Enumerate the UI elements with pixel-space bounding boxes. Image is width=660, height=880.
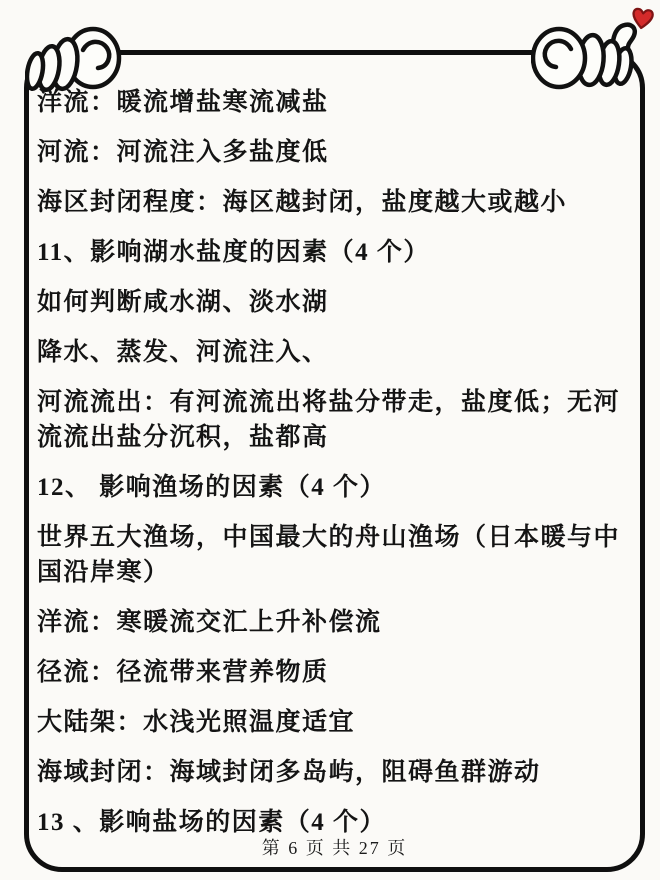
note-paragraph: 世界五大渔场，中国最大的舟山渔场（日本暖与中 国沿岸寒） bbox=[37, 520, 629, 590]
note-paragraph: 13 、影响盐场的因素（4 个） bbox=[37, 805, 629, 840]
note-paragraph: 洋流：暖流增盐寒流减盐 bbox=[37, 85, 629, 120]
note-paragraph: 如何判断咸水湖、淡水湖 bbox=[37, 285, 629, 320]
note-paragraph: 径流：径流带来营养物质 bbox=[37, 655, 629, 690]
note-paragraph: 海区封闭程度：海区越封闭，盐度越大或越小 bbox=[37, 185, 629, 220]
note-paragraph: 河流流出：有河流流出将盐分带走，盐度低；无河 流流出盐分沉积，盐都高 bbox=[37, 385, 629, 455]
note-paragraph: 11、影响湖水盐度的因素（4 个） bbox=[37, 235, 629, 270]
note-paragraph: 大陆架：水浅光照温度适宜 bbox=[37, 705, 629, 740]
note-paragraph: 降水、蒸发、河流注入、 bbox=[37, 335, 629, 370]
note-paragraph: 海域封闭：海域封闭多岛屿，阻碍鱼群游动 bbox=[37, 755, 629, 790]
notes-page: { "page": { "background_color": "#fbfaf7… bbox=[0, 0, 660, 880]
note-paragraph: 12、 影响渔场的因素（4 个） bbox=[37, 470, 629, 505]
fist-thumbs-up-icon bbox=[531, 19, 639, 93]
page-number: 第 6 页 共 27 页 bbox=[24, 837, 645, 859]
notes-body: 洋流：暖流增盐寒流减盐 河流：河流注入多盐度低 海区封闭程度：海区越封闭，盐度越… bbox=[37, 85, 629, 855]
note-paragraph: 河流：河流注入多盐度低 bbox=[37, 135, 629, 170]
heart-icon bbox=[627, 3, 657, 33]
note-paragraph: 洋流：寒暖流交汇上升补偿流 bbox=[37, 605, 629, 640]
